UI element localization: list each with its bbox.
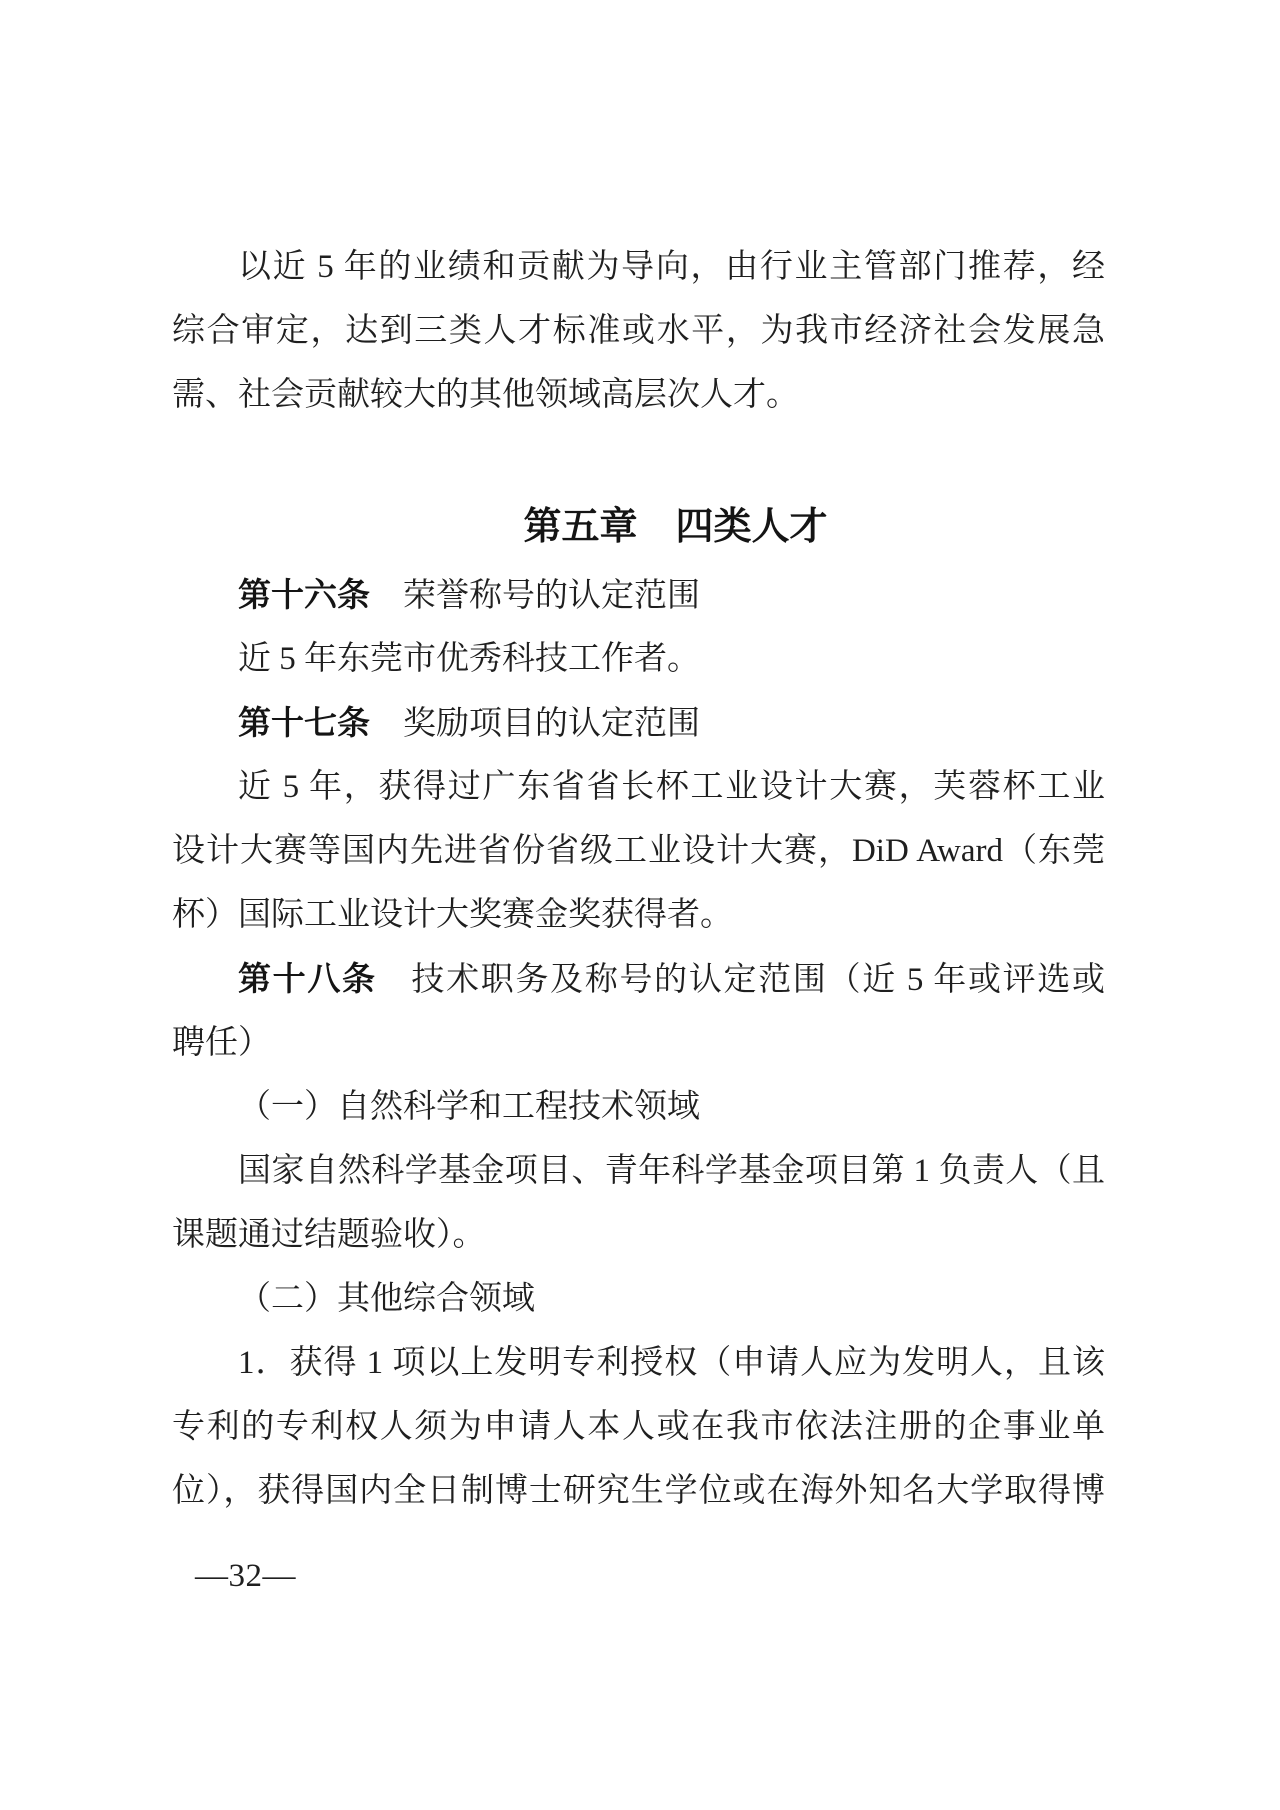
- document-body: 以近 5 年的业绩和贡献为导向，由行业主管部门推荐，经综合审定，达到三类人才标准…: [172, 235, 1105, 1523]
- text-line: 第十六条 荣誉称号的认定范围: [172, 563, 1105, 627]
- text-segment: 1．获得 1 项以上发明专利授权（申请人应为发明人，且该: [238, 1345, 1105, 1381]
- bold-text-segment: 第十六条: [238, 576, 370, 613]
- chapter-heading: 第五章 四类人才: [172, 491, 1105, 563]
- text-segment: 技术职务及称号的认定范围（近 5 年或评选或: [377, 962, 1105, 998]
- text-line: 以近 5 年的业绩和贡献为导向，由行业主管部门推荐，经: [172, 235, 1105, 299]
- bold-text-segment: 第十七条: [238, 704, 370, 741]
- text-segment: 奖励项目的认定范围: [370, 706, 700, 742]
- text-segment: 近 5 年，获得过广东省省长杯工业设计大赛，芙蓉杯工业: [238, 769, 1105, 805]
- text-line: （一）自然科学和工程技术领域: [172, 1075, 1105, 1139]
- text-segment: 荣誉称号的认定范围: [370, 578, 700, 614]
- text-line: 国家自然科学基金项目、青年科学基金项目第 1 负责人（且: [172, 1139, 1105, 1203]
- text-segment: 杯）国际工业设计大奖赛金奖获得者。: [172, 897, 733, 933]
- text-line: 近 5 年，获得过广东省省长杯工业设计大赛，芙蓉杯工业: [172, 755, 1105, 819]
- text-line: 杯）国际工业设计大奖赛金奖获得者。: [172, 883, 1105, 947]
- text-segment: 聘任）: [172, 1025, 271, 1061]
- text-line: 课题通过结题验收）。: [172, 1203, 1105, 1267]
- text-line: 需、社会贡献较大的其他领域高层次人才。: [172, 363, 1105, 427]
- text-line: 第十八条 技术职务及称号的认定范围（近 5 年或评选或: [172, 947, 1105, 1011]
- text-line: 第十七条 奖励项目的认定范围: [172, 691, 1105, 755]
- text-segment: 近 5 年东莞市优秀科技工作者。: [238, 641, 700, 677]
- text-segment: 专利的专利权人须为申请人本人或在我市依法注册的企事业单: [172, 1409, 1105, 1445]
- text-line: 聘任）: [172, 1011, 1105, 1075]
- document-page: 以近 5 年的业绩和贡献为导向，由行业主管部门推荐，经综合审定，达到三类人才标准…: [0, 0, 1280, 1810]
- text-segment: 课题通过结题验收）。: [172, 1217, 486, 1253]
- text-segment: 需、社会贡献较大的其他领域高层次人才。: [172, 377, 799, 413]
- text-segment: （一）自然科学和工程技术领域: [238, 1089, 700, 1125]
- text-line: 综合审定，达到三类人才标准或水平，为我市经济社会发展急: [172, 299, 1105, 363]
- text-line: 1．获得 1 项以上发明专利授权（申请人应为发明人，且该: [172, 1331, 1105, 1395]
- text-line: 位），获得国内全日制博士研究生学位或在海外知名大学取得博: [172, 1459, 1105, 1523]
- text-segment: 设计大赛等国内先进省份省级工业设计大赛，DiD Award（东莞: [172, 833, 1105, 869]
- text-segment: 以近 5 年的业绩和贡献为导向，由行业主管部门推荐，经: [238, 249, 1105, 285]
- text-line: 设计大赛等国内先进省份省级工业设计大赛，DiD Award（东莞: [172, 819, 1105, 883]
- page-number: —32—: [195, 1556, 296, 1596]
- text-segment: （二）其他综合领域: [238, 1281, 535, 1317]
- text-segment: 国家自然科学基金项目、青年科学基金项目第 1 负责人（且: [238, 1153, 1105, 1189]
- text-line: 近 5 年东莞市优秀科技工作者。: [172, 627, 1105, 691]
- text-line: 专利的专利权人须为申请人本人或在我市依法注册的企事业单: [172, 1395, 1105, 1459]
- text-segment: 位），获得国内全日制博士研究生学位或在海外知名大学取得博: [172, 1473, 1105, 1509]
- bold-text-segment: 第十八条: [238, 960, 377, 997]
- bold-text-segment: 第五章 四类人才: [523, 506, 827, 548]
- text-line: （二）其他综合领域: [172, 1267, 1105, 1331]
- text-segment: 综合审定，达到三类人才标准或水平，为我市经济社会发展急: [172, 313, 1105, 349]
